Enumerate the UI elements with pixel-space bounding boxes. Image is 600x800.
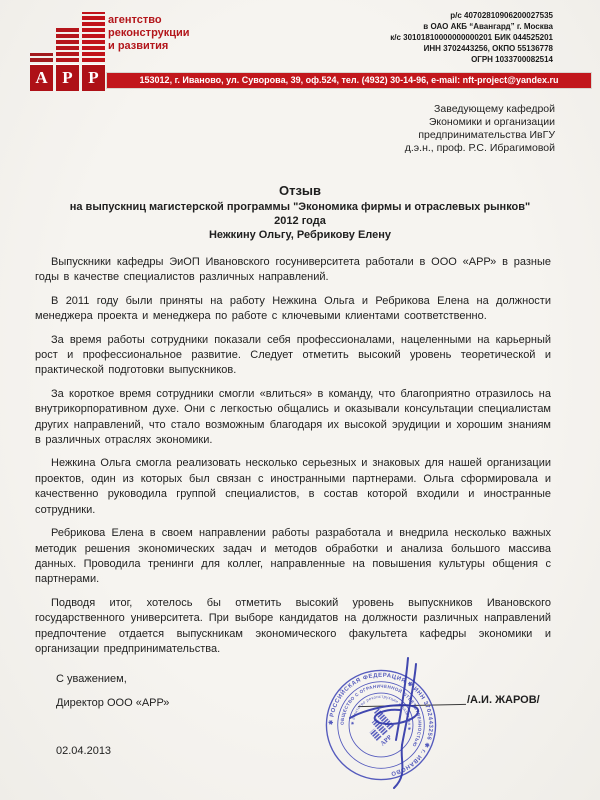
brand-line: реконструкции [108, 27, 190, 40]
paragraph: За время работы сотрудники показали себя… [35, 333, 551, 379]
letter-title-block: Отзыв на выпускниц магистерской программ… [0, 183, 600, 242]
brand-line: и развития [108, 40, 190, 53]
paragraph: В 2011 году были приняты на работу Нежки… [35, 294, 551, 325]
paragraph: Выпускники кафедры ЭиОП Ивановского госу… [35, 255, 551, 286]
letter-date: 02.04.2013 [56, 745, 111, 757]
brand-line: агентство [108, 14, 190, 27]
bank-line: к/с 30101810000000000201 БИК 044525201 [390, 32, 553, 43]
logo-letter-r2: Р [82, 64, 105, 91]
recipient-line: д.э.н., проф. Р.С. Ибрагимовой [405, 142, 555, 155]
recipient-block: Заведующему кафедрой Экономики и организ… [405, 103, 555, 155]
signature-scribble [330, 648, 470, 798]
logo-column-1: А [30, 53, 53, 91]
letter-title: Отзыв [0, 183, 600, 198]
paragraph: Подводя итог, хотелось бы отметить высок… [35, 596, 551, 658]
logo-letter-r1: Р [56, 64, 79, 91]
bank-line: в ОАО АКБ “Авангард” г. Москва [390, 21, 553, 32]
letter-year-line: 2012 года [0, 215, 600, 229]
recipient-line: Экономики и организации [405, 116, 555, 129]
logo-column-3: Р [82, 12, 105, 91]
address-banner: 153012, г. Иваново, ул. Суворова, 39, оф… [106, 72, 592, 89]
recipient-line: Заведующему кафедрой [405, 103, 555, 116]
bank-line: р/с 40702810906200027535 [390, 10, 553, 21]
bank-line: ИНН 3702443256, ОКПО 55136778 [390, 43, 553, 54]
signer-position: Директор ООО «АРР» [56, 697, 169, 709]
arr-logo: А Р Р [30, 12, 105, 91]
paragraph: Нежкина Ольга смогла реализовать несколь… [35, 456, 551, 518]
letter-names-line: Нежкину Ольгу, Ребрикову Елену [0, 229, 600, 243]
logo-bars-icon [82, 12, 105, 62]
salutation: С уважением, [56, 673, 127, 685]
scanned-letter-page: А Р Р агентство реконструкции и развития… [0, 0, 600, 800]
brand-name: агентство реконструкции и развития [108, 14, 190, 53]
letter-body: Выпускники кафедры ЭиОП Ивановского госу… [35, 255, 551, 665]
paragraph: За короткое время сотрудники смогли «вли… [35, 387, 551, 449]
logo-bars-icon [56, 27, 79, 62]
bank-line: ОГРН 1033700082514 [390, 54, 553, 65]
logo-letter-a: А [30, 64, 53, 91]
logo-bars-icon [30, 53, 53, 62]
letter-subtitle: на выпускниц магистерской программы "Эко… [0, 201, 600, 215]
recipient-line: предпринимательства ИвГУ [405, 129, 555, 142]
paragraph: Ребрикова Елена в своем направлении рабо… [35, 526, 551, 588]
bank-details: р/с 40702810906200027535 в ОАО АКБ “Аван… [390, 10, 553, 65]
signature-name: /А.И. ЖАРОВ/ [467, 694, 540, 706]
logo-column-2: Р [56, 27, 79, 91]
